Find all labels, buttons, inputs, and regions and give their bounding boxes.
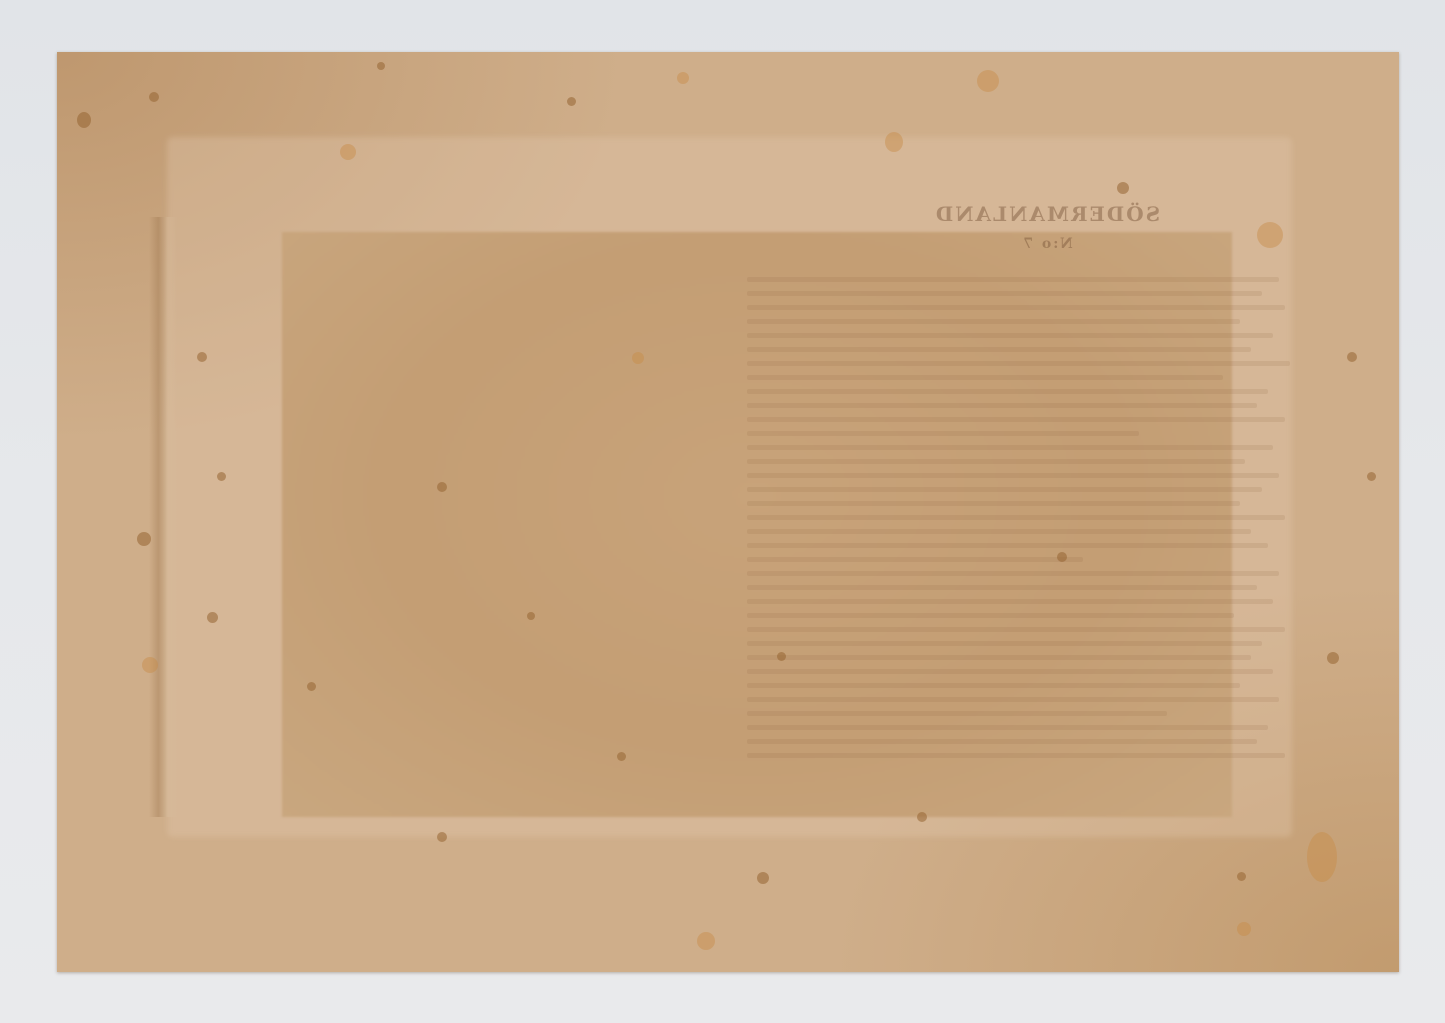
vertical-fold-line: [149, 217, 177, 817]
mirrored-title: SÖDERMANLAND N:o 7: [897, 202, 1197, 252]
mirrored-body-text: [747, 277, 1307, 797]
mirrored-subtitle-text: N:o 7: [897, 236, 1197, 252]
paper-sheet: SÖDERMANLAND N:o 7: [57, 52, 1399, 972]
mirrored-title-text: SÖDERMANLAND: [897, 202, 1197, 226]
